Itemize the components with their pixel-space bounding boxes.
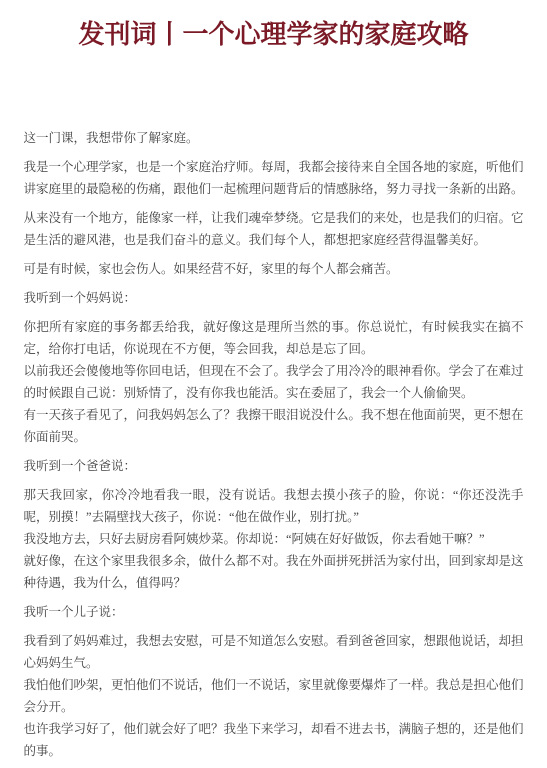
paragraph: 我听到一个爸爸说： [24,455,524,477]
document-page: 发刊词丨一个心理学家的家庭攻略 这一门课，我想带你了解家庭。 我是一个心理学家，… [0,0,547,768]
paragraph: 我怕他们吵架，更怕他们不说话，他们一不说话，家里就像要爆炸了一样。我总是担心他们… [24,674,524,718]
paragraph: 我听一个儿子说： [24,601,524,623]
paragraph: 从来没有一个地方，能像家一样，让我们魂牵梦绕。它是我们的来处，也是我们的归宿。它… [24,207,524,251]
paragraph: 这一门课，我想带你了解家庭。 [24,127,524,149]
paragraph: 我没地方去，只好去厨房看阿姨炒菜。你却说：“阿姨在好好做饭，你去看她干嘛？” [24,528,524,550]
paragraph: 你把所有家庭的事务都丢给我，就好像这是理所当然的事。你总说忙，有时候我实在搞不定… [24,316,524,360]
paragraph: 我听到一个妈妈说： [24,287,524,309]
paragraph: 有一天孩子看见了，问我妈妈怎么了？我擦干眼泪说没什么。我不想在他面前哭，更不想在… [24,404,524,448]
paragraph: 就好像，在这个家里我很多余，做什么都不对。我在外面拼死拼活为家付出，回到家却是这… [24,550,524,594]
article-body: 这一门课，我想带你了解家庭。 我是一个心理学家，也是一个家庭治疗师。每周，我都会… [24,127,524,762]
paragraph: 那天我回家，你冷冷地看我一眼，没有说话。我想去摸小孩子的脸，你说：“你还没洗手呢… [24,484,524,528]
paragraph: 以前我还会傻傻地等你回电话，但现在不会了。我学会了用冷冷的眼神看你。学会了在难过… [24,360,524,404]
paragraph: 我是一个心理学家，也是一个家庭治疗师。每周，我都会接待来自全国各地的家庭，听他们… [24,156,524,200]
paragraph: 也许我学习好了，他们就会好了吧？我坐下来学习，却看不进去书，满脑子想的，还是他们… [24,718,524,762]
paragraph: 我看到了妈妈难过，我想去安慰，可是不知道怎么安慰。看到爸爸回家，想跟他说话，却担… [24,630,524,674]
paragraph: 可是有时候，家也会伤人。如果经营不好，家里的每个人都会痛苦。 [24,258,524,280]
page-title: 发刊词丨一个心理学家的家庭攻略 [0,0,547,51]
